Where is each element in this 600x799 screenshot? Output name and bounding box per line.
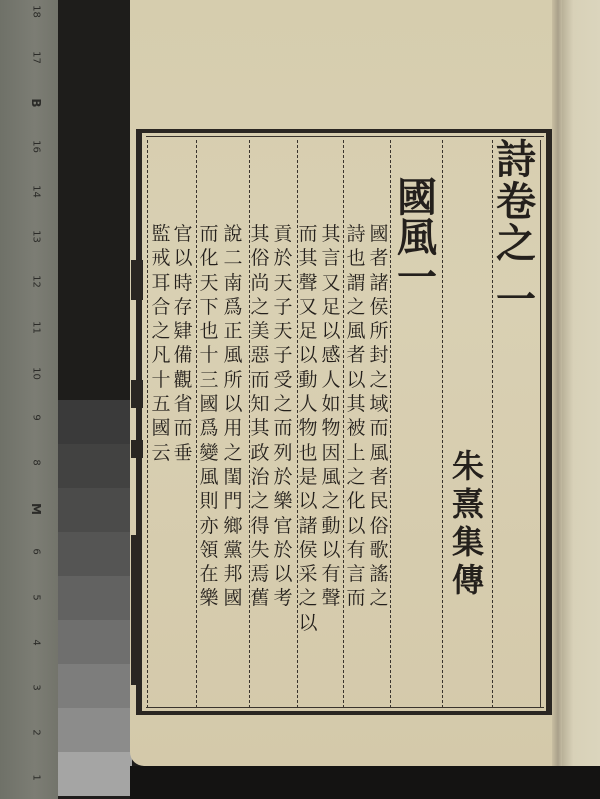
ruler-mark: B	[29, 93, 43, 113]
ruler-mark: 13	[31, 227, 42, 247]
character: 存	[173, 298, 192, 317]
text-column: 說二南爲正風所以用之閨門鄉黨邦國	[222, 225, 244, 614]
character: 上	[346, 444, 365, 463]
character: 以	[173, 249, 192, 268]
text-column: 監戒耳合之凡十五國云	[150, 225, 172, 468]
text-column: 其言又足以感人如物因風之動以有聲	[320, 225, 342, 614]
character: 凡	[151, 346, 170, 365]
character: 其	[346, 395, 365, 414]
character: 因	[321, 444, 340, 463]
ruler-mark: 3	[31, 678, 42, 698]
character: 而	[250, 371, 269, 390]
character: 采	[298, 565, 317, 584]
character: 領	[199, 541, 218, 560]
character: 聲	[298, 274, 317, 293]
character: 侯	[369, 298, 388, 317]
character: 得	[250, 517, 269, 536]
character: 以	[298, 492, 317, 511]
character: 者	[369, 468, 388, 487]
character: 有	[346, 541, 365, 560]
character: 之	[346, 468, 365, 487]
character: 垂	[173, 444, 192, 463]
character: 亦	[199, 517, 218, 536]
character: 天	[273, 274, 292, 293]
ruler-mark: 1	[31, 768, 42, 788]
character: 風	[223, 346, 242, 365]
character: 風	[321, 468, 340, 487]
ruler-mark: 2	[31, 723, 42, 743]
character: 風	[397, 218, 437, 258]
character: 監	[151, 225, 170, 244]
ruler-mark: 14	[31, 182, 42, 202]
character: 門	[223, 492, 242, 511]
character: 耳	[151, 274, 170, 293]
text-column: 而其聲又足以動人物也是以諸侯采之以	[297, 225, 319, 638]
character: 者	[346, 346, 365, 365]
character: 下	[199, 298, 218, 317]
grey-scale-patch	[58, 620, 132, 664]
character: 感	[321, 346, 340, 365]
character: 又	[298, 298, 317, 317]
character: 之	[346, 298, 365, 317]
character: 備	[173, 346, 192, 365]
character: 國	[223, 589, 242, 608]
character: 諸	[369, 274, 388, 293]
ruler-mark: 18	[31, 2, 42, 22]
column-rule	[196, 140, 197, 708]
text-column: 官以時存肄備觀省而垂	[172, 225, 194, 468]
character: 言	[346, 565, 365, 584]
volume-title: 詩卷之一	[492, 140, 540, 322]
character: 也	[298, 444, 317, 463]
text-column: 而化天下也十三國爲變風則亦領在樂	[198, 225, 220, 614]
character: 足	[298, 322, 317, 341]
character: 合	[151, 298, 170, 317]
ruler-mark: 5	[31, 588, 42, 608]
character: 鄉	[223, 517, 242, 536]
character: 而	[173, 419, 192, 438]
character: 之	[298, 589, 317, 608]
character: 受	[273, 371, 292, 390]
grey-scale-patch	[58, 488, 132, 532]
character: 五	[151, 395, 170, 414]
character: 俗	[369, 517, 388, 536]
character: 尚	[250, 274, 269, 293]
section-title: 國風一	[392, 178, 442, 298]
character: 一	[397, 258, 437, 298]
character: 之	[250, 298, 269, 317]
character: 以	[321, 322, 340, 341]
character: 以	[346, 517, 365, 536]
character: 謂	[346, 274, 365, 293]
character: 諸	[298, 517, 317, 536]
character: 以	[298, 346, 317, 365]
character: 天	[273, 322, 292, 341]
ruler-mark: 16	[31, 137, 42, 157]
character: 樂	[273, 492, 292, 511]
column-rule	[147, 140, 148, 708]
character: 二	[223, 249, 242, 268]
character: 於	[273, 249, 292, 268]
character: 正	[223, 322, 242, 341]
text-column: 詩也謂之風者以其被上之化以有言而	[345, 225, 367, 614]
character: 而	[273, 419, 292, 438]
ruler-mark: M	[29, 499, 43, 519]
grey-scale-patch	[58, 576, 132, 620]
character: 天	[199, 274, 218, 293]
ruler-mark: 4	[31, 633, 42, 653]
ruler-mark: 9	[31, 408, 42, 428]
character: 其	[250, 419, 269, 438]
character: 其	[298, 249, 317, 268]
character: 爲	[199, 419, 218, 438]
character: 風	[199, 468, 218, 487]
character: 說	[223, 225, 242, 244]
ruler-mark: 8	[31, 453, 42, 473]
character: 政	[250, 444, 269, 463]
character: 而	[369, 419, 388, 438]
column-rule	[442, 140, 443, 708]
character: 足	[321, 298, 340, 317]
character: 詩	[346, 225, 365, 244]
character: 貢	[273, 225, 292, 244]
character: 之	[496, 224, 536, 264]
character: 十	[151, 371, 170, 390]
character: 以	[346, 371, 365, 390]
character: 國	[397, 178, 437, 218]
character: 美	[250, 322, 269, 341]
character: 域	[369, 395, 388, 414]
character: 一	[496, 280, 536, 320]
character: 子	[273, 298, 292, 317]
character: 風	[346, 322, 365, 341]
text-column: 國者諸侯所封之域而風者民俗歌謠之	[368, 225, 390, 614]
character: 列	[273, 444, 292, 463]
character: 以	[298, 614, 317, 633]
grey-scale-patch	[58, 664, 132, 708]
character: 子	[273, 346, 292, 365]
ruler-mark: 10	[31, 364, 42, 384]
character: 時	[173, 274, 192, 293]
character: 謠	[369, 565, 388, 584]
grey-scale-patch	[58, 444, 132, 488]
author-attribution: 朱熹集傳	[444, 450, 492, 602]
character: 卷	[496, 182, 536, 222]
character: 十	[199, 346, 218, 365]
ruler-mark: 12	[31, 272, 42, 292]
character: 爲	[223, 298, 242, 317]
character: 其	[250, 225, 269, 244]
character: 動	[298, 371, 317, 390]
character: 之	[369, 371, 388, 390]
character: 被	[346, 419, 365, 438]
character: 人	[298, 395, 317, 414]
character: 之	[369, 589, 388, 608]
character: 用	[223, 419, 242, 438]
character: 國	[151, 419, 170, 438]
character: 失	[250, 541, 269, 560]
character: 云	[151, 444, 170, 463]
text-column: 貢於天子天子受之而列於樂官於以考	[272, 225, 294, 614]
character: 歌	[369, 541, 388, 560]
character: 黨	[223, 541, 242, 560]
character: 以	[273, 565, 292, 584]
character: 化	[346, 492, 365, 511]
character: 侯	[298, 541, 317, 560]
character: 官	[273, 517, 292, 536]
character: 動	[321, 517, 340, 536]
character: 觀	[173, 371, 192, 390]
character: 變	[199, 444, 218, 463]
column-rule	[390, 140, 391, 708]
ruler-mark: 6	[31, 542, 42, 562]
character: 也	[346, 249, 365, 268]
character: 樂	[199, 589, 218, 608]
character: 焉	[250, 565, 269, 584]
character: 傳	[452, 564, 484, 596]
character: 民	[369, 492, 388, 511]
character: 有	[321, 565, 340, 584]
character: 官	[173, 225, 192, 244]
character: 集	[452, 526, 484, 558]
character: 治	[250, 468, 269, 487]
character: 聲	[321, 589, 340, 608]
character: 人	[321, 371, 340, 390]
character: 之	[223, 444, 242, 463]
character: 而	[346, 589, 365, 608]
character: 肄	[173, 322, 192, 341]
character: 之	[273, 395, 292, 414]
measuring-ruler: 1817B16141312111098M654321	[0, 0, 58, 799]
character: 又	[321, 274, 340, 293]
character: 南	[223, 274, 242, 293]
ruler-mark: 17	[31, 48, 42, 68]
character: 物	[321, 419, 340, 438]
character: 物	[298, 419, 317, 438]
character: 以	[223, 395, 242, 414]
text-column: 其俗尚之美惡而知其政治之得失焉舊	[249, 225, 271, 614]
character: 舊	[250, 589, 269, 608]
character: 三	[199, 371, 218, 390]
character: 惡	[250, 346, 269, 365]
character: 而	[298, 225, 317, 244]
character: 以	[321, 541, 340, 560]
grey-scale-patch	[58, 532, 132, 576]
character: 所	[369, 322, 388, 341]
character: 化	[199, 249, 218, 268]
column-rule	[540, 140, 541, 708]
character: 國	[369, 225, 388, 244]
character: 風	[369, 444, 388, 463]
character: 也	[199, 322, 218, 341]
character: 之	[151, 322, 170, 341]
next-page-edge	[562, 0, 600, 766]
grey-scale-patch	[58, 752, 132, 796]
dark-background-bottom	[130, 766, 600, 799]
character: 熹	[452, 488, 484, 520]
character: 封	[369, 346, 388, 365]
character: 其	[321, 225, 340, 244]
character: 之	[250, 492, 269, 511]
character: 於	[273, 541, 292, 560]
character: 閨	[223, 468, 242, 487]
character: 如	[321, 395, 340, 414]
character: 俗	[250, 249, 269, 268]
character: 在	[199, 565, 218, 584]
character: 戒	[151, 249, 170, 268]
character: 知	[250, 395, 269, 414]
character: 所	[223, 371, 242, 390]
grey-scale-patch	[58, 400, 132, 444]
character: 之	[321, 492, 340, 511]
character: 國	[199, 395, 218, 414]
character: 於	[273, 468, 292, 487]
character: 朱	[452, 450, 484, 482]
character: 是	[298, 468, 317, 487]
character: 者	[369, 249, 388, 268]
character: 言	[321, 249, 340, 268]
character: 詩	[496, 140, 536, 180]
character: 而	[199, 225, 218, 244]
grey-scale-patch	[58, 708, 132, 752]
character: 省	[173, 395, 192, 414]
character: 考	[273, 589, 292, 608]
ruler-mark: 11	[31, 318, 42, 338]
character: 則	[199, 492, 218, 511]
character: 邦	[223, 565, 242, 584]
column-rule	[343, 140, 344, 708]
